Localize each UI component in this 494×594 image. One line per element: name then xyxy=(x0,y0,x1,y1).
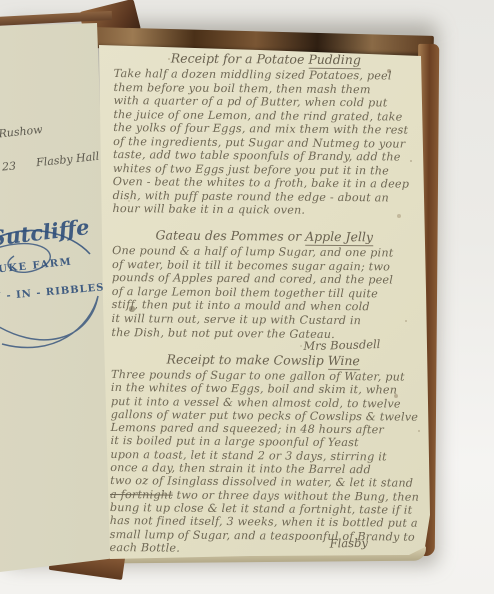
pencil-note-number: 23 xyxy=(2,160,17,174)
recipe-line: each Bottle. xyxy=(110,541,426,557)
recipe-2-signature: Mrs Bousdell xyxy=(303,337,380,353)
recipe-1-body: Take half a dozen middling sized Potatoe… xyxy=(112,67,429,219)
recipe-3-title-underlined: Wine xyxy=(328,353,360,370)
pencil-note-owner: — Rushow xyxy=(0,123,43,142)
paper-foxing-speckles xyxy=(0,0,2,2)
recipe-line: hour will bake it in a quick oven. xyxy=(112,202,428,218)
struck-text: a fortnight xyxy=(110,488,173,502)
recipe-2-title: Gateau des Pommes or Apple Jelly xyxy=(110,227,418,245)
recipe-2-title-text: Gateau des Pommes or xyxy=(156,227,306,243)
recipe-3-body: Three pounds of Sugar to one gallon of W… xyxy=(110,368,428,557)
manuscript-photo: — Rushow 23 Flasby Hall Sutcliffe DUKE F… xyxy=(0,0,494,594)
pencil-note-flasby-hall: Flasby Hall xyxy=(35,150,99,170)
recipe-2-body: One pound & a half of lump Sugar, and on… xyxy=(111,244,428,342)
recipe-1-title-text: Receipt for a Potatoe xyxy=(171,51,309,67)
recipe-3-signature: Flasby xyxy=(329,536,368,551)
recipe-2-title-underlined: Apple Jelly xyxy=(305,229,373,247)
recipe-3-title: Receipt to make Cowslip Wine xyxy=(109,351,417,369)
recipe-1-title-underlined: Pudding xyxy=(308,52,361,69)
recipe-3-title-text: Receipt to make Cowslip xyxy=(167,352,328,368)
